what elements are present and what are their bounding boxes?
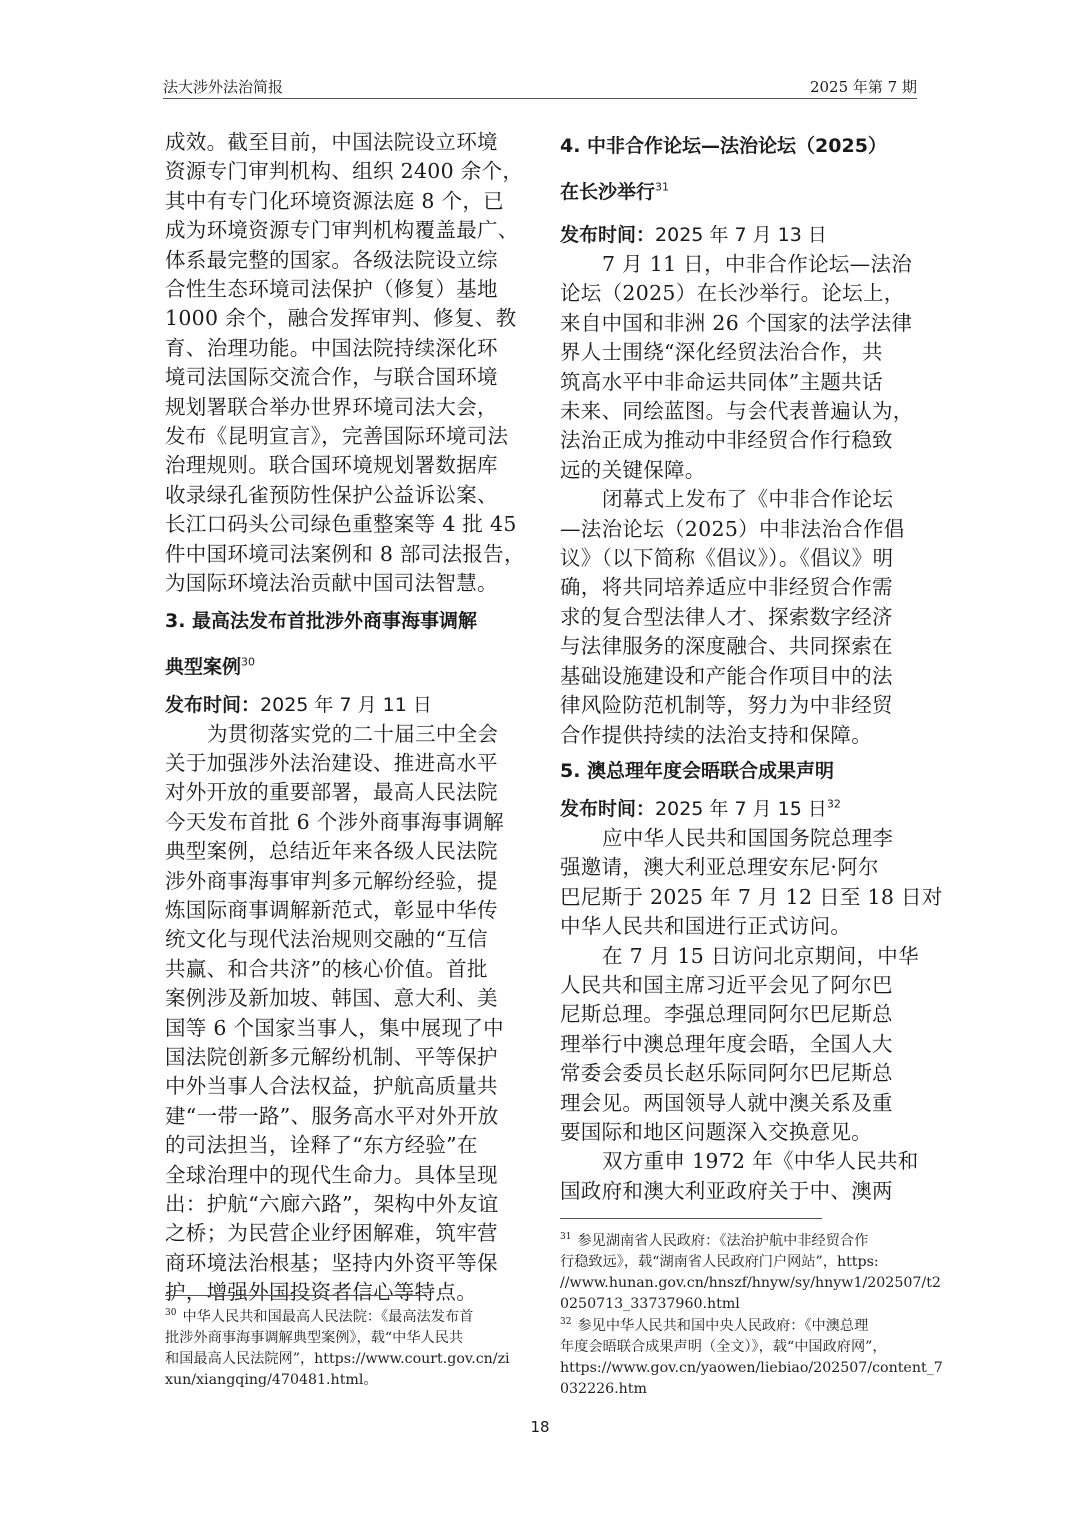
text-line: 与法律服务的深度融合、共同探索在 xyxy=(560,632,920,661)
section-body: 7 月 11 日，中非合作论坛—法治 论坛（2025）在长沙举行。论坛上， 来自… xyxy=(560,250,920,750)
text-line: 在 7 月 15 日访问北京期间，中华 xyxy=(560,942,920,971)
text-line: 育、治理功能。中国法院持续深化环 xyxy=(165,334,525,363)
text-line: 全球治理中的现代生命力。具体呈现 xyxy=(165,1161,525,1190)
right-column: 4. 中非合作论坛—法治论坛（2025） 在长沙举行31 发布时间：2025 年… xyxy=(560,132,920,1206)
text-line: 体系最完整的国家。各级法院设立综 xyxy=(165,246,525,275)
text-line: 合作提供持续的法治支持和保障。 xyxy=(560,721,920,750)
text-line: 今天发布首批 6 个涉外商事海事调解 xyxy=(165,808,525,837)
text-line: 求的复合型法律人才、探索数字经济 xyxy=(560,603,920,632)
left-column: 成效。截至目前，中国法院设立环境 资源专门审判机构、组织 2400 余个， 其中… xyxy=(165,128,525,1308)
text-line: 界人士围绕“深化经贸法治合作，共 xyxy=(560,338,920,367)
footnote-link[interactable]: xun/xiangqing/470481.html。 xyxy=(165,1370,510,1391)
text-line: 合性生态环境司法保护（修复）基地 xyxy=(165,275,525,304)
text-line: 国政府和澳大利亚政府关于中、澳两 xyxy=(560,1177,920,1206)
text-line: 案例涉及新加坡、韩国、意大利、美 xyxy=(165,984,525,1013)
text-line: 炼国际商事调解新范式，彰显中华传 xyxy=(165,896,525,925)
section-body: 应中华人民共和国国务院总理李 强邀请，澳大利亚总理安东尼·阿尔 巴尼斯于 202… xyxy=(560,824,920,1206)
heading-text: 在长沙举行 xyxy=(560,181,655,203)
continued-paragraph: 成效。截至目前，中国法院设立环境 资源专门审判机构、组织 2400 余个， 其中… xyxy=(165,128,525,599)
text-line: 建“一带一路”、服务高水平对外开放 xyxy=(165,1102,525,1131)
section-4: 4. 中非合作论坛—法治论坛（2025） 在长沙举行31 发布时间：2025 年… xyxy=(560,132,920,750)
text-line: 关于加强涉外法治建设、推进高水平 xyxy=(165,749,525,778)
date-label: 发布时间： xyxy=(165,694,260,716)
text-line: 治理规则。联合国环境规划署数据库 xyxy=(165,451,525,480)
footnote-link[interactable]: //www.hunan.gov.cn/hnszf/hnyw/sy/hnyw1/2… xyxy=(560,1273,941,1294)
publish-date: 发布时间：2025 年 7 月 15 日32 xyxy=(560,795,920,824)
text-line: 筑高水平中非命运共同体”主题共话 xyxy=(560,368,920,397)
footnote-32: 32参见中华人民共和国中央人民政府：《中澳总理 年度会晤联合成果声明（全文）》，… xyxy=(560,1316,943,1400)
text-line: 理会见。两国领导人就中澳关系及重 xyxy=(560,1089,920,1118)
section-body: 为贯彻落实党的二十届三中全会 关于加强涉外法治建设、推进高水平 对外开放的重要部… xyxy=(165,720,525,1308)
page-number: 18 xyxy=(0,1418,1080,1436)
text-line: 规划署联合举办世界环境司法大会， xyxy=(165,393,525,422)
text-line: 巴尼斯于 2025 年 7 月 12 日至 18 日对 xyxy=(560,883,920,912)
text-line: 为国际环境法治贡献中国司法智慧。 xyxy=(165,569,525,598)
text-line: 成效。截至目前，中国法院设立环境 xyxy=(165,128,525,157)
footnote-number: 32 xyxy=(560,1317,571,1327)
publish-date: 发布时间：2025 年 7 月 13 日 xyxy=(560,221,920,250)
text-line: 未来、同绘蓝图。与会代表普遍认为， xyxy=(560,397,920,426)
text-line: 典型案例，总结近年来各级人民法院 xyxy=(165,837,525,866)
text-line: 其中有专门化环境资源法庭 8 个，已 xyxy=(165,187,525,216)
text-line: 常委会委员长赵乐际同阿尔巴尼斯总 xyxy=(560,1059,920,1088)
text-line: 强邀请，澳大利亚总理安东尼·阿尔 xyxy=(560,853,920,882)
footnote-number: 31 xyxy=(560,1232,571,1242)
text-line: 涉外商事海事审判多元解纷经验，提 xyxy=(165,867,525,896)
section-heading-cont: 典型案例30 xyxy=(165,653,525,682)
footnote-30: 30中华人民共和国最高人民法院：《最高法发布首 批涉外商事海事调解典型案例》，载… xyxy=(165,1307,510,1391)
footnote-number: 30 xyxy=(165,1308,176,1318)
footnote-text: 中华人民共和国最高人民法院：《最高法发布首 xyxy=(182,1309,473,1325)
text-line: 来自中国和非洲 26 个国家的法学法律 xyxy=(560,309,920,338)
text-line: 成为环境资源专门审判机构覆盖最广、 xyxy=(165,216,525,245)
publish-date: 发布时间：2025 年 7 月 11 日 xyxy=(165,691,525,720)
text-line: 商环境法治根基；坚持内外资平等保 xyxy=(165,1249,525,1278)
heading-text: 典型案例 xyxy=(165,656,241,678)
text-line: 应中华人民共和国国务院总理李 xyxy=(560,824,920,853)
text-line: 双方重申 1972 年《中华人民共和 xyxy=(560,1147,920,1176)
section-heading: 4. 中非合作论坛—法治论坛（2025） xyxy=(560,132,920,161)
section-heading: 3. 最高法发布首批涉外商事海事调解 xyxy=(165,607,525,636)
text-line: 出：护航“六廊六路”，架构中外友谊 xyxy=(165,1190,525,1219)
text-line: 件中国环境司法案例和 8 部司法报告， xyxy=(165,540,525,569)
text-line: 远的关键保障。 xyxy=(560,456,920,485)
text-line: 律风险防范机制等，努力为中非经贸 xyxy=(560,691,920,720)
section-heading-cont: 在长沙举行31 xyxy=(560,178,920,207)
date-label: 发布时间： xyxy=(560,224,655,246)
footnote-31: 31参见湖南省人民政府：《法治护航中非经贸合作 行稳致远》，载“湖南省人民政府门… xyxy=(560,1231,941,1315)
text-line: 国法院创新多元解纷机制、平等保护 xyxy=(165,1043,525,1072)
text-line: 国等 6 个国家当事人，集中展现了中 xyxy=(165,1014,525,1043)
text-line: 中外当事人合法权益，护航高质量共 xyxy=(165,1072,525,1101)
text-line: 的司法担当，诠释了“东方经验”在 xyxy=(165,1131,525,1160)
text-line: 之桥；为民营企业纾困解难，筑牢营 xyxy=(165,1219,525,1248)
footnote-link[interactable]: https://www.gov.cn/yaowen/liebiao/202507… xyxy=(560,1358,943,1379)
text-line: 发布《昆明宣言》，完善国际环境司法 xyxy=(165,422,525,451)
text-line: 为贯彻落实党的二十届三中全会 xyxy=(165,720,525,749)
footnote-divider xyxy=(165,1295,427,1296)
text-line: 论坛（2025）在长沙举行。论坛上， xyxy=(560,279,920,308)
text-line: 境司法国际交流合作，与联合国环境 xyxy=(165,363,525,392)
date-value: 2025 年 7 月 11 日 xyxy=(260,694,432,716)
footnote-text: 年度会晤联合成果声明（全文）》，载“中国政府网”， xyxy=(560,1337,943,1358)
issue-number: 2025 年第 7 期 xyxy=(810,78,917,96)
footnote-ref[interactable]: 32 xyxy=(827,798,841,811)
footnote-text: 行稳致远》，载“湖南省人民政府门户网站”，https: xyxy=(560,1252,941,1273)
text-line: 7 月 11 日，中非合作论坛—法治 xyxy=(560,250,920,279)
text-line: 人民共和国主席习近平会见了阿尔巴 xyxy=(560,971,920,1000)
footnote-divider xyxy=(560,1218,822,1219)
text-line: 要国际和地区问题深入交换意见。 xyxy=(560,1118,920,1147)
text-line: 1000 余个，融合发挥审判、修复、教 xyxy=(165,304,525,333)
footnote-text: 参见中华人民共和国中央人民政府：《中澳总理 xyxy=(577,1318,868,1334)
text-line: 基础设施建设和产能合作项目中的法 xyxy=(560,662,920,691)
footnote-link[interactable]: 和国最高人民法院网”，https://www.court.gov.cn/zi xyxy=(165,1349,510,1370)
text-line: 中华人民共和国进行正式访问。 xyxy=(560,912,920,941)
text-line: 收录绿孔雀预防性保护公益诉讼案、 xyxy=(165,481,525,510)
footnote-link[interactable]: 0250713_33737960.html xyxy=(560,1294,941,1315)
text-line: 长江口码头公司绿色重整案等 4 批 45 xyxy=(165,510,525,539)
text-line: —法治论坛（2025）中非法治合作倡 xyxy=(560,515,920,544)
footnote-ref[interactable]: 31 xyxy=(655,181,669,194)
text-line: 理举行中澳总理年度会晤，全国人大 xyxy=(560,1030,920,1059)
text-line: 统文化与现代法治规则交融的“互信 xyxy=(165,925,525,954)
footnote-link[interactable]: 032226.htm xyxy=(560,1379,943,1400)
text-line: 尼斯总理。李强总理同阿尔巴尼斯总 xyxy=(560,1000,920,1029)
text-line: 确，将共同培养适应中非经贸合作需 xyxy=(560,573,920,602)
running-header: 法大涉外法治简报 2025 年第 7 期 xyxy=(163,78,917,99)
text-line: 议》（以下简称《倡议》）。《倡议》明 xyxy=(560,544,920,573)
section-heading: 5. 澳总理年度会晤联合成果声明 xyxy=(560,757,920,786)
text-line: 对外开放的重要部署，最高人民法院 xyxy=(165,778,525,807)
date-label: 发布时间： xyxy=(560,798,655,820)
text-line: 闭幕式上发布了《中非合作论坛 xyxy=(560,485,920,514)
text-line: 法治正成为推动中非经贸合作行稳致 xyxy=(560,426,920,455)
footnote-text: 参见湖南省人民政府：《法治护航中非经贸合作 xyxy=(577,1233,868,1249)
section-5: 5. 澳总理年度会晤联合成果声明 发布时间：2025 年 7 月 15 日32 … xyxy=(560,757,920,1206)
date-value: 2025 年 7 月 13 日 xyxy=(655,224,827,246)
publication-title: 法大涉外法治简报 xyxy=(163,78,283,96)
date-value: 2025 年 7 月 15 日 xyxy=(655,798,827,820)
text-line: 资源专门审判机构、组织 2400 余个， xyxy=(165,157,525,186)
text-line: 护，增强外国投资者信心等特点。 xyxy=(165,1278,525,1307)
footnote-ref[interactable]: 30 xyxy=(241,655,255,668)
section-3: 3. 最高法发布首批涉外商事海事调解 典型案例30 发布时间：2025 年 7 … xyxy=(165,607,525,1308)
footnote-text: 批涉外商事海事调解典型案例》，载“中华人民共 xyxy=(165,1328,510,1349)
text-line: 共赢、和合共济”的核心价值。首批 xyxy=(165,955,525,984)
